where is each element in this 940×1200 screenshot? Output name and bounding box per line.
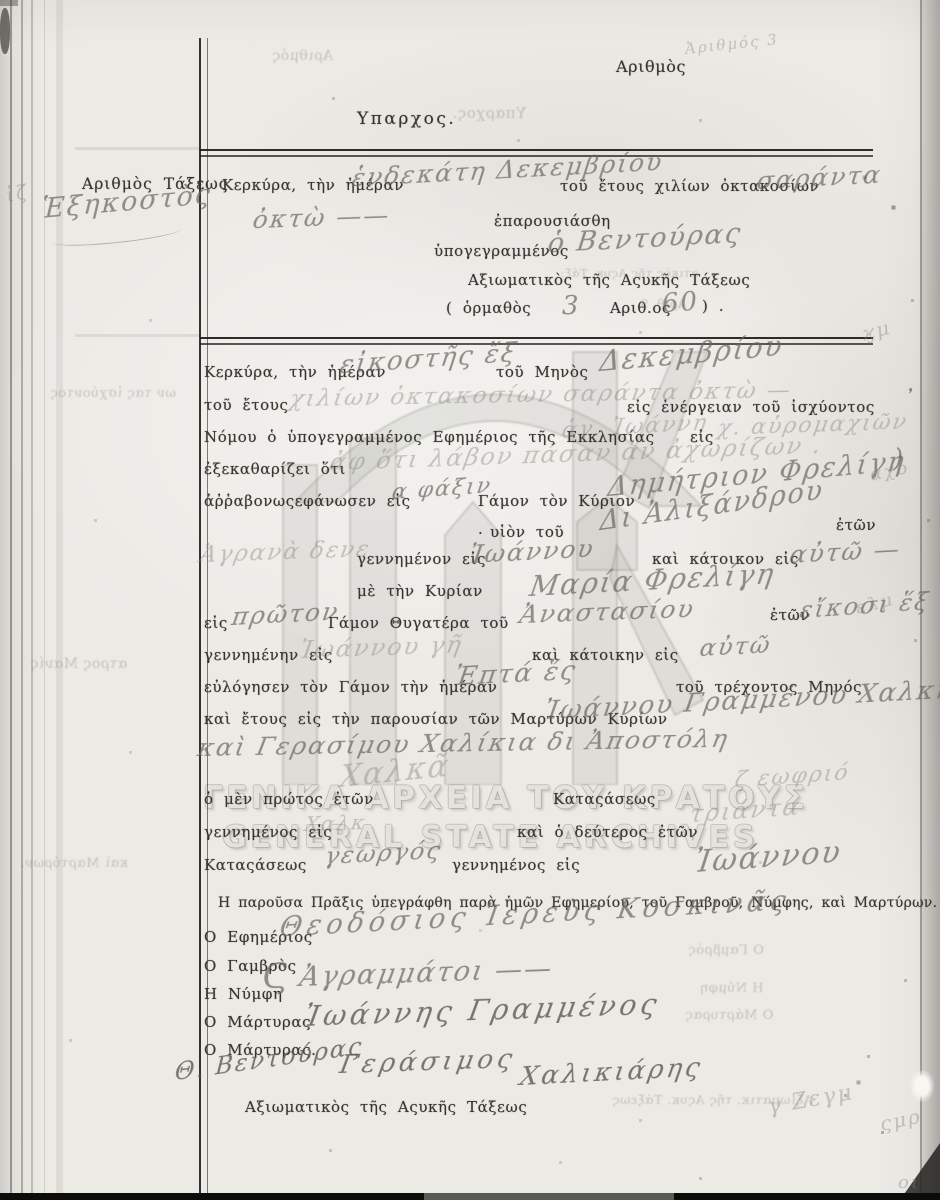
act-line2-year-label: τοῦ ἔτους [204,396,289,414]
margin-squiggle-5: ςμρ [878,1104,924,1136]
margin-squiggle-1: ϗμ [859,315,894,346]
binding-line-1 [10,0,12,1200]
act-line9-daughter-label: Γάμον Θυγατέρα τοῦ [328,614,509,632]
act-line10-birthplace-handwriting: Ἰωάννου γῆ [298,630,466,664]
bundle-label: ( ὁρμαθὸς [446,299,531,317]
margin-squiggle-6: οι [898,1172,920,1193]
bleedthrough-sig-bride: Η Νύμφη [700,981,764,996]
signature-witness1-handwriting: Ἰωάννης Γραμμένος [302,987,663,1033]
bundle-number-handwriting: 3 [562,291,581,321]
scan-edge-mark [0,0,18,6]
paper-speckles [0,0,1,1]
bleedthrough-sig-witness: Ο Μάρτυρας [685,1008,773,1023]
officer-title-bleedthrough: Υπαρχος. [452,104,526,122]
act-line4-declares-label: ἐξεκαθαρίζει ὅτι [204,460,346,478]
header-number-bleedthrough: Αριθμός [272,48,333,64]
act-line7-residence-handwriting: αὐτῶ — [788,534,904,569]
rule-bleed-middle [75,334,200,337]
signature-couple-handwriting: Ἀγραμμάτοι —— [297,953,556,993]
signature-witness1-label: Ο Μάρτυρας [204,1013,311,1031]
binding-line-4 [44,0,45,1200]
bleedthrough-left-3: καὶ Μαρτύρων. [20,856,128,871]
act-line5-betrothed-label: ἀῤῥαβονωςεφάνωσεν εἰς [204,492,411,510]
act-line9-at-label: εἰς [204,614,228,632]
binding-shade [56,0,63,1200]
act-line10-residence-handwriting: αὐτῶ [698,630,774,662]
document-page: ΓΕΝΙΚΑ ΑΡΧΕΙΑ ΤΟΥ ΚΡΑΤΟΥΣ GENERAL STATE … [0,0,940,1200]
act-number-bleedthrough: Ἀριθ. 9 [640,297,686,311]
binding-ink-blot [0,8,10,54]
signature-witness2-handwriting-b: Γεράσιμος [337,1044,518,1080]
act-line1-month-label: τοῦ Μηνὸς [496,363,589,381]
footer-officer-class-label: Αξιωματικὸς τῆς Αςυκῆς Τάξεως [245,1098,527,1116]
act-line15-birthplace-handwriting: Χαλκ [303,810,369,836]
signature-priest-handwriting: Θεοδόσιος Ἱερεὺς Κοσκινᾶς [278,885,793,943]
act-line15-second-witness-age-label: καὶ ὁ δεύτερος ἐτῶν [517,823,698,841]
signature-couple-flourish: Ϛ [260,955,292,998]
handwriting-flourish [52,221,183,250]
act-line16-status-label: Καταςάσεως [204,856,307,874]
act-line14-status-handwriting: ζ εωφριό [733,760,851,793]
top-year-handwriting-1: σαράντα [755,159,884,195]
rule-bleed-top [75,147,200,150]
act-line16-status-handwriting: γεωργός [323,836,444,870]
header-officer-title: Υπαρχος. [357,109,456,129]
header-number-ghost-handwriting: Ἀριθμός 3 [684,30,779,58]
officer-class-bleedthrough: ατικὸς τῆς Αςυκ. Τάξ: [560,266,699,280]
scan-bottom-edge-gap [424,1193,674,1200]
act-line6-age-label: ἐτῶν [836,516,876,534]
bleedthrough-sig-groom: Ο Γαμβρός [688,943,764,958]
bundle-close-paren: ) . [702,297,724,315]
act-line7-born-label: γεννημένον εἰς [357,550,486,568]
binding-line-3 [31,0,33,1200]
act-line9-order-handwriting: πρῶτον [230,596,342,631]
act-line16-born-label: γεννημένος εἰς [452,856,580,874]
margin-order-number-handwriting: Ἑξηκοστὸς [41,179,212,225]
signature-witness2-handwriting-c: Χαλικιάρης [518,1052,706,1092]
act-line14-status-label: Καταςάσεως [553,790,656,808]
header-number-label: Αριθμὸς [616,57,686,76]
bleedthrough-left-2: ατρος Μανίς [30,656,127,672]
margin-stray-mark: ἰζ [4,179,31,207]
paper-tear-highlight [910,1070,934,1102]
act-line8-with-lady-label: μὲ τὴν Κυρίαν [357,582,483,600]
top-year-handwriting-2: ὀκτὼ —— [251,200,393,234]
margin-squiggle-4: γ Ζεγμ [766,1080,856,1120]
bleedthrough-left-1: ων τας ἰσχύοντος [50,386,176,401]
